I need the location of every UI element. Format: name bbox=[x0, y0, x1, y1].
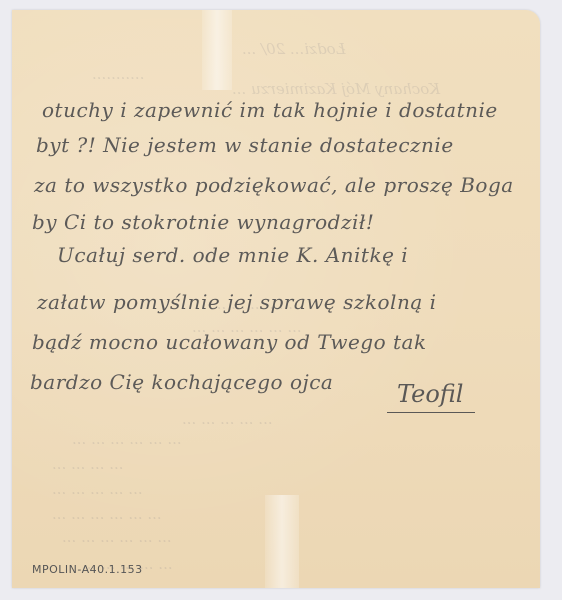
letter-line: bardzo Cię kochającego ojca bbox=[30, 370, 333, 394]
letter-line: byt ?! Nie jestem w stanie dostatecznie bbox=[36, 133, 454, 157]
letter-line: otuchy i zapewnić im tak hojnie i dostat… bbox=[42, 98, 498, 122]
bleed-through-text: ... ... ... ... ... ... bbox=[62, 528, 172, 546]
tape-strip-top bbox=[202, 10, 232, 90]
letter-line: bądź mocno ucałowany od Twego tak bbox=[32, 330, 427, 354]
signature: Teofil bbox=[387, 380, 475, 413]
bleed-through-text: ... ... ... ... ... ... bbox=[72, 430, 182, 448]
bleed-through-text: ... ... ... ... bbox=[52, 455, 124, 473]
letter-page: Łodzi... 20/ ... ........... Kochany Mój… bbox=[12, 10, 540, 588]
letter-line: za to wszystko podziękować, ale proszę B… bbox=[34, 173, 514, 197]
letter-line: Ucałuj serd. ode mnie K. Anitkę i bbox=[57, 243, 408, 267]
bleed-through-text: ... ... ... ... ... ... bbox=[52, 505, 162, 523]
tape-strip-bottom bbox=[265, 495, 299, 588]
bleed-through-text: Kochany Mój Kazimierzu ... bbox=[232, 80, 440, 98]
bleed-through-text: ........... bbox=[92, 65, 144, 83]
bleed-through-text: ... ... ... ... ... bbox=[182, 410, 273, 428]
letter-line: załatw pomyślnie jej sprawę szkolną i bbox=[37, 290, 437, 314]
bleed-through-text: Łodzi... 20/ ... bbox=[242, 40, 346, 58]
letter-line: by Ci to stokrotnie wynagrodził! bbox=[32, 210, 374, 234]
bleed-through-text: ... ... ... ... ... bbox=[52, 480, 143, 498]
catalog-number: MPOLIN-A40.1.153 bbox=[32, 563, 143, 576]
